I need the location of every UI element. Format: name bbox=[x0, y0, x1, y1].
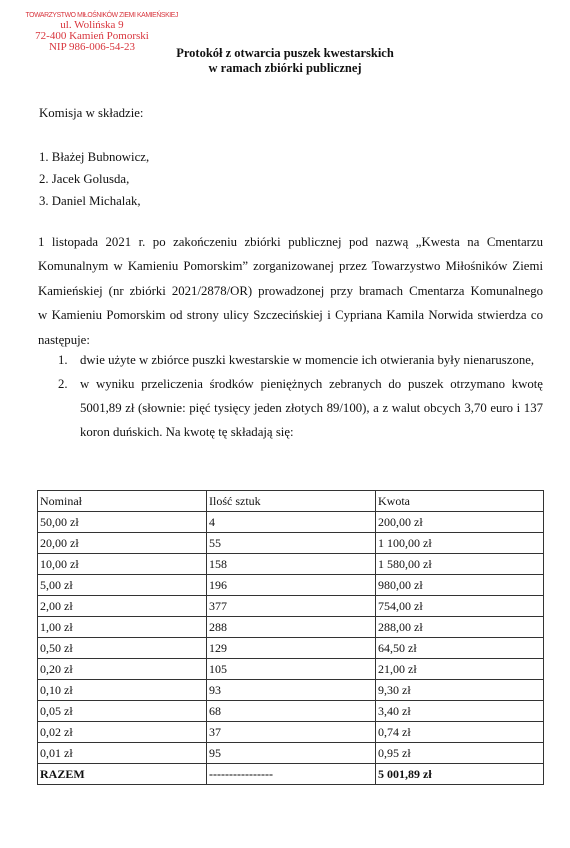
table-total-row: RAZEM----------------5 001,89 zł bbox=[38, 764, 544, 785]
cell-amount: 288,00 zł bbox=[376, 617, 544, 638]
cell-amount: 9,30 zł bbox=[376, 680, 544, 701]
table-row: 1,00 zł288288,00 zł bbox=[38, 617, 544, 638]
table-row: 0,20 zł10521,00 zł bbox=[38, 659, 544, 680]
table-row: 10,00 zł1581 580,00 zł bbox=[38, 554, 544, 575]
cell-amount: 754,00 zł bbox=[376, 596, 544, 617]
cell-quantity: 105 bbox=[207, 659, 376, 680]
cell-amount: 64,50 zł bbox=[376, 638, 544, 659]
header-quantity: Ilość sztuk bbox=[207, 491, 376, 512]
total-quantity: ---------------- bbox=[207, 764, 376, 785]
cell-nominal: 50,00 zł bbox=[38, 512, 207, 533]
finding-item: 1. dwie użyte w zbiórce puszki kwestarsk… bbox=[58, 348, 543, 372]
total-label: RAZEM bbox=[38, 764, 207, 785]
finding-number: 2. bbox=[58, 372, 68, 396]
cell-quantity: 377 bbox=[207, 596, 376, 617]
cell-quantity: 129 bbox=[207, 638, 376, 659]
table-row: 0,01 zł950,95 zł bbox=[38, 743, 544, 764]
table-row: 5,00 zł196980,00 zł bbox=[38, 575, 544, 596]
cell-quantity: 37 bbox=[207, 722, 376, 743]
cell-quantity: 4 bbox=[207, 512, 376, 533]
header-nominal: Nominał bbox=[38, 491, 207, 512]
cell-amount: 200,00 zł bbox=[376, 512, 544, 533]
table-row: 0,02 zł370,74 zł bbox=[38, 722, 544, 743]
document-title: Protokół z otwarcia puszek kwestarskich … bbox=[0, 46, 570, 75]
cell-quantity: 93 bbox=[207, 680, 376, 701]
cell-nominal: 10,00 zł bbox=[38, 554, 207, 575]
finding-line: w wyniku przeliczenia środków pieniężnyc… bbox=[80, 372, 543, 396]
cell-nominal: 0,02 zł bbox=[38, 722, 207, 743]
cell-quantity: 55 bbox=[207, 533, 376, 554]
committee-heading: Komisja w składzie: bbox=[39, 106, 144, 121]
cell-nominal: 20,00 zł bbox=[38, 533, 207, 554]
committee-member: 2. Jacek Golusda, bbox=[39, 172, 129, 187]
committee-member: 1. Błażej Bubnowicz, bbox=[39, 150, 149, 165]
cell-amount: 980,00 zł bbox=[376, 575, 544, 596]
cell-amount: 1 580,00 zł bbox=[376, 554, 544, 575]
table-header-row: Nominał Ilość sztuk Kwota bbox=[38, 491, 544, 512]
cell-amount: 0,74 zł bbox=[376, 722, 544, 743]
paragraph-line: Komunalnym w Kamieniu Pomorskim” zorgani… bbox=[38, 254, 543, 278]
title-line-1: Protokół z otwarcia puszek kwestarskich bbox=[0, 46, 570, 61]
cell-quantity: 196 bbox=[207, 575, 376, 596]
table-row: 20,00 zł551 100,00 zł bbox=[38, 533, 544, 554]
finding-line: 5001,89 zł (słownie: pięć tysięcy jeden … bbox=[80, 396, 543, 420]
table-row: 50,00 zł4200,00 zł bbox=[38, 512, 544, 533]
table-row: 0,10 zł939,30 zł bbox=[38, 680, 544, 701]
paragraph-line: w Kamieniu Pomorskim od strony ulicy Szc… bbox=[38, 303, 543, 327]
table-row: 0,05 zł683,40 zł bbox=[38, 701, 544, 722]
finding-item: 2. w wyniku przeliczenia środków pienięż… bbox=[58, 372, 543, 444]
cell-nominal: 0,10 zł bbox=[38, 680, 207, 701]
cell-nominal: 2,00 zł bbox=[38, 596, 207, 617]
header-amount: Kwota bbox=[376, 491, 544, 512]
cell-nominal: 0,50 zł bbox=[38, 638, 207, 659]
committee-member: 3. Daniel Michalak, bbox=[39, 194, 141, 209]
stamp-org-name: TOWARZYSTWO MIŁOŚNIKÓW ZIEMI KAMIEŃSKIEJ bbox=[26, 9, 159, 20]
cell-nominal: 1,00 zł bbox=[38, 617, 207, 638]
cell-amount: 0,95 zł bbox=[376, 743, 544, 764]
cell-quantity: 95 bbox=[207, 743, 376, 764]
paragraph-line: Kamieńskiej (nr zbiórki 2021/2878/OR) pr… bbox=[38, 279, 543, 303]
table-row: 2,00 zł377754,00 zł bbox=[38, 596, 544, 617]
statement-paragraph: 1 listopada 2021 r. po zakończeniu zbiór… bbox=[38, 230, 543, 352]
cell-nominal: 0,01 zł bbox=[38, 743, 207, 764]
cell-amount: 3,40 zł bbox=[376, 701, 544, 722]
title-line-2: w ramach zbiórki publicznej bbox=[0, 61, 570, 76]
cell-quantity: 158 bbox=[207, 554, 376, 575]
cell-nominal: 0,20 zł bbox=[38, 659, 207, 680]
cell-nominal: 5,00 zł bbox=[38, 575, 207, 596]
finding-number: 1. bbox=[58, 348, 68, 372]
cell-amount: 1 100,00 zł bbox=[376, 533, 544, 554]
finding-line: dwie użyte w zbiórce puszki kwestarskie … bbox=[80, 348, 543, 372]
total-amount: 5 001,89 zł bbox=[376, 764, 544, 785]
paragraph-line: 1 listopada 2021 r. po zakończeniu zbiór… bbox=[38, 230, 543, 254]
cell-quantity: 68 bbox=[207, 701, 376, 722]
denomination-table: Nominał Ilość sztuk Kwota 50,00 zł4200,0… bbox=[37, 490, 544, 785]
table-row: 0,50 zł12964,50 zł bbox=[38, 638, 544, 659]
finding-line: koron duńskich. Na kwotę tę składają się… bbox=[80, 420, 543, 444]
findings-list: 1. dwie użyte w zbiórce puszki kwestarsk… bbox=[58, 348, 543, 444]
cell-nominal: 0,05 zł bbox=[38, 701, 207, 722]
cell-quantity: 288 bbox=[207, 617, 376, 638]
cell-amount: 21,00 zł bbox=[376, 659, 544, 680]
